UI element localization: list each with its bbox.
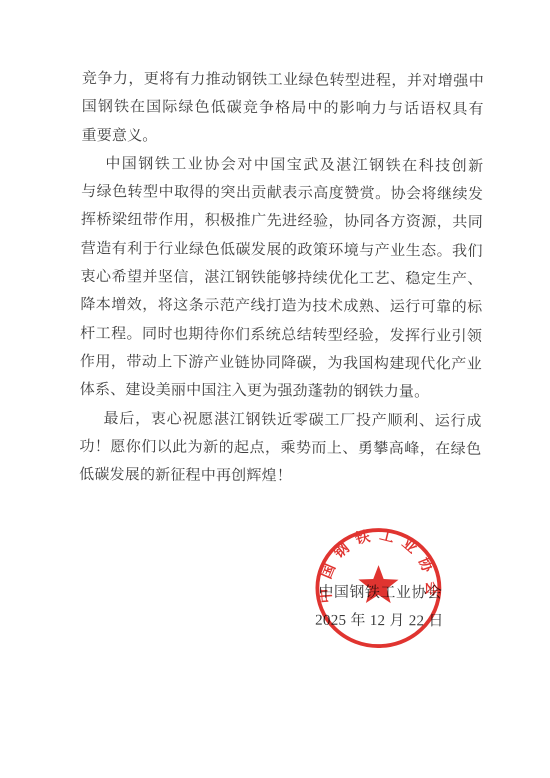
body-text-line: 体系、建设美丽中国注入更为强劲蓬勃的钢铁力量。 <box>80 376 482 407</box>
body-text-line: 挥桥梁纽带作用，积极推广先进经验，协同各方资源，共同 <box>81 206 483 237</box>
letter-body: 竞争力，更将有力推动钢铁工业绿色转型进程，并对增强中 国钢铁在国际绿色低碳竞争格… <box>79 65 484 492</box>
scanned-letter-page: 竞争力，更将有力推动钢铁工业绿色转型进程，并对增强中 国钢铁在国际绿色低碳竞争格… <box>0 0 550 778</box>
body-text-line: 重要意义。 <box>81 122 483 153</box>
body-text-line: 衷心希望并坚信，湛江钢铁能够持续优化工艺、稳定生产、 <box>80 263 482 294</box>
body-text-line: 中国钢铁工业协会对中国宝武及湛江钢铁在科技创新 <box>81 150 483 181</box>
body-text-line: 与绿色转型中取得的突出贡献表示高度赞赏。协会将继续发 <box>81 178 483 209</box>
body-text-line: 营造有利于行业绿色低碳发展的政策环境与产业生态。我们 <box>81 235 483 266</box>
body-text-line: 降本增效，将这条示范产线打造为技术成熟、运行可靠的标 <box>80 291 482 322</box>
body-text-line: 国钢铁在国际绿色低碳竞争格局中的影响力与话语权具有 <box>82 93 484 124</box>
body-text-line: 杆工程。同时也期待你们系统总结转型经验，发挥行业引领 <box>80 320 482 351</box>
scan-tilt-wrapper: 竞争力，更将有力推动钢铁工业绿色转型进程，并对增强中 国钢铁在国际绿色低碳竞争格… <box>0 0 550 778</box>
body-text-line: 作用，带动上下游产业链协同降碳，为我国构建现代化产业 <box>80 348 482 379</box>
body-text-line: 最后，衷心祝愿湛江钢铁近零碳工厂投产顺利、运行成 <box>79 405 481 436</box>
star-icon <box>358 565 398 603</box>
official-seal-stamp: 中国钢铁工业协会 <box>308 518 449 659</box>
body-text-line: 功！愿你们以此为新的起点，乘势而上、勇攀高峰，在绿色 <box>79 433 481 464</box>
body-text-line: 竞争力，更将有力推动钢铁工业绿色转型进程，并对增强中 <box>82 65 484 96</box>
body-text-line: 低碳发展的新征程中再创辉煌！ <box>79 461 481 492</box>
